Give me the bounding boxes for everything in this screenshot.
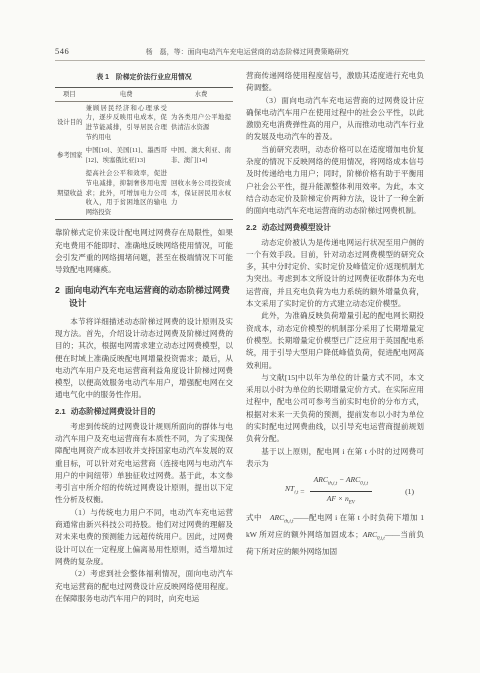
section-number: 2 [55,285,60,295]
two-column-layout: 表 1 阶梯定价法行业应用情况 项目 电费 水费 设计目 [55,70,425,605]
where-clause: 式中 ARCth,i,t——配电网 i 在第 t 小时负荷下增加 1 kW 所对… [246,512,424,558]
page-header: 546 杨 磊，等：面向电动汽车充电运营商的动态阶梯过网费策略研究 [55,46,425,61]
row-item-label: 设计目的 [55,101,84,144]
fraction-numerator: ARCth,i,t − ARC0,i,t [310,475,372,492]
col-header-water: 水费 [169,88,233,102]
col-header-item: 项目 [55,88,84,102]
table-row: 参考国家 中国[10]、美国[11]、墨西哥[12]、埃塞俄比亚[13] 中国、… [55,144,233,167]
row-electricity-cell: 中国[10]、美国[11]、墨西哥[12]、埃塞俄比亚[13] [84,144,169,167]
row-item-label: 期望收益 [55,167,84,219]
row-electricity-cell: 兼顾居民经济和心理承受力，逐步反映用电成本，促进节能减排，引导居民合理节约用电 [84,101,169,144]
section-number: 2.1 [55,407,66,416]
left-column: 表 1 阶梯定价法行业应用情况 项目 电费 水费 设计目 [55,70,233,605]
section-title: 动态过网费模型设计 [262,223,331,232]
table-1: 表 1 阶梯定价法行业应用情况 项目 电费 水费 设计目 [55,72,233,220]
section-2-1-heading: 2.1动态阶梯过网费设计目的 [55,406,233,418]
table-caption: 表 1 阶梯定价法行业应用情况 [55,72,233,84]
section-title: 动态阶梯过网费设计目的 [71,407,156,416]
table-row: 期望收益 提高社会公平和效率，促进节电减排，抑制奢侈用电需求；此外，可增加电力公… [55,167,233,219]
row-water-cell: 为各类用户公平地提供清洁水资源 [169,101,233,144]
fraction-denominator: AF × nEV [310,492,372,508]
page-number: 546 [55,46,69,56]
paragraph: 营商传递网络使用程度信号，激励其适度进行充电负荷调整。 [246,70,424,95]
row-water-cell: 中国、澳大利亚、南非、澳门[14] [169,144,233,167]
equation-lhs: NTi,t [285,484,298,499]
paper-page: 546 杨 磊，等：面向电动汽车充电运营商的动态阶梯过网费策略研究 表 1 阶梯… [0,0,480,673]
section-2-2-heading: 2.2动态过网费模型设计 [246,222,424,234]
equals-sign: = [300,487,304,497]
variable-definitions: 式中 ARCth,i,t——配电网 i 在第 t 小时负荷下增加 1 kW 所对… [246,512,424,558]
running-title: 杨 磊，等：面向电动汽车充电运营商的动态阶梯过网费策略研究 [69,47,425,57]
paragraph: 与文献[15]中以年为单位的计量方式不同，本文采用以小时为单位的长期增量定价方式… [246,372,424,446]
paragraph: 动态定价被认为是传递电网运行状况至用户侧的一个有效手段。目前，针对动态过网费模型… [246,237,424,311]
section-2-heading: 2面向电动汽车充电运营商的动态阶梯过网费设计 [55,284,233,311]
table-header-row: 项目 电费 水费 [55,88,233,102]
equation-number: (1) [405,487,414,497]
equation-fraction: ARCth,i,t − ARC0,i,t AF × nEV [310,475,372,508]
row-water-cell: 回收水务公司投资成本，保证居民用水权力 [169,167,233,219]
right-column: 营商传递网络使用程度信号，激励其适度进行充电负荷调整。 （3）面向电动汽车充电运… [246,70,424,605]
row-electricity-cell: 提高社会公平和效率，促进节电减排，抑制奢侈用电需求；此外，可增加电力公司收入，用… [84,167,169,219]
equation-1: NTi,t = ARCth,i,t − ARC0,i,t AF × nEV (1… [246,475,414,508]
section-number: 2.2 [246,223,257,232]
col-header-electricity: 电费 [84,88,169,102]
paragraph: 当前研究表明，动态价格可以在适度增加电价复杂度的情况下反映网络的使用情况，将网络… [246,144,424,218]
paragraph: 本节将详细描述动态阶梯过网费的设计原则及实现方法。首先，介绍设计动态过网费及阶梯… [55,316,233,402]
paragraph: （3）面向电动汽车充电运营商的过网费设计应确保电动汽车用户在使用过程中的社会公平… [246,95,424,144]
paragraph: （1）与传统电力用户不同，电动汽车充电运营商通常由新兴科技公司持股。他们对过网费… [55,507,233,568]
section-title: 面向电动汽车充电运营商的动态阶梯过网费设计 [65,285,230,309]
paragraph: 靠阶梯式定价来设计配电网过网费存在局限性，如果充电费用不能即时、准确地反映网络使… [55,227,233,276]
tiered-pricing-table: 项目 电费 水费 设计目的 兼顾居民经济和心理承受力，逐步反映用电成本，促进节能… [55,87,233,220]
table-row: 设计目的 兼顾居民经济和心理承受力，逐步反映用电成本，促进节能减排，引导居民合理… [55,101,233,144]
paragraph: 此外，为准确反映负荷增量引起的配电网长期投资成本，动态定价模型的机制部分采用了长… [246,310,424,371]
paragraph: 基于以上原则，配电网 i 在第 t 小时的过网费可表示为 [246,446,424,471]
page-content: 546 杨 磊，等：面向电动汽车充电运营商的动态阶梯过网费策略研究 表 1 阶梯… [55,46,425,605]
paragraph: （2）考虑到社会整体福利情况，面向电动汽车充电运营商的配电过网费设计应反映网络使… [55,568,233,605]
paragraph: 考虑到传统的过网费设计规则所面向的群体与电动汽车用户及充电运营商有本质性不同，为… [55,421,233,507]
row-item-label: 参考国家 [55,144,84,167]
